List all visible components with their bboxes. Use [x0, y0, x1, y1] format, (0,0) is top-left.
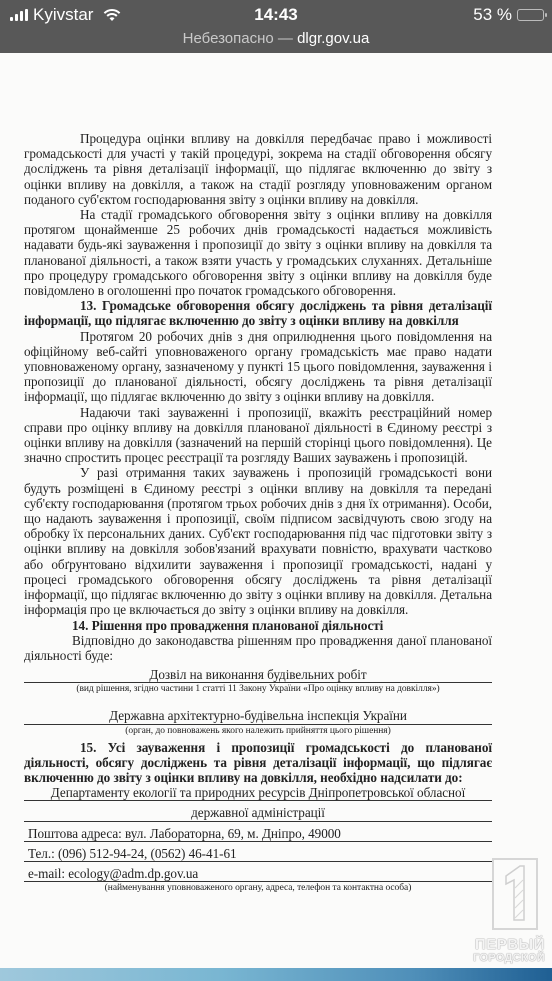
section-14-heading: 14. Рішення про провадження планованої д…	[24, 618, 492, 633]
battery-status: 53 %	[473, 5, 544, 25]
authority-name-line-2: державної адміністрації	[24, 805, 492, 821]
section-13-paragraph: Надаючи такі зауваженні і пропозиції, вк…	[24, 405, 492, 466]
watermark-logo: ПЕРВЫЙ ГОРОДСКОЙ	[477, 858, 547, 966]
section-15-heading: 15. Усі зауваження і пропозиції громадсь…	[24, 740, 492, 786]
address-bar[interactable]: Небезопасно — dlgr.gov.ua	[0, 30, 552, 47]
paragraph-public-discussion: На стадії громадського обговорення звіту…	[24, 207, 492, 298]
browser-top-bar: Kyivstar 14:43 53 % Небезопасно — dlgr.g…	[0, 0, 552, 53]
decision-authority-caption: (орган, до повноважень якого належить пр…	[24, 725, 492, 738]
battery-icon	[517, 9, 544, 21]
watermark-text-2: ГОРОДСКОЙ	[473, 952, 545, 964]
watermark-band	[0, 968, 552, 981]
authority-name-line-1: Департаменту екології та природних ресур…	[24, 785, 492, 801]
number-one-logo-icon	[492, 858, 538, 930]
battery-percent: 53 %	[473, 5, 512, 25]
url-domain: dlgr.gov.ua	[297, 30, 369, 47]
security-warning: Небезопасно —	[183, 30, 293, 47]
decision-type-field: Дозвіл на виконання будівельних робіт	[24, 667, 492, 683]
document-page: Процедура оцінки впливу на довкілля пере…	[24, 131, 492, 897]
decision-type-caption: (вид рішення, згідно частини 1 статті 11…	[24, 683, 492, 696]
paragraph-procedure: Процедура оцінки впливу на довкілля пере…	[24, 131, 492, 207]
phone-numbers: Тел.: (096) 512-94-24, (0562) 46-41-61	[24, 846, 492, 862]
contact-caption: (найменування уповноваженого органу, адр…	[24, 882, 492, 895]
section-13-paragraph: Протягом 20 робочих днів з дня оприлюдне…	[24, 329, 492, 405]
postal-address: Поштова адреса: вул. Лабораторна, 69, м.…	[24, 826, 492, 842]
watermark-text-1: ПЕРВЫЙ	[475, 936, 545, 953]
email-address: e-mail: ecology@adm.dp.gov.ua	[24, 866, 492, 882]
section-13-paragraph: У разі отримання таких зауважень і пропо…	[24, 465, 492, 617]
section-14-paragraph: Відповідно до законодавства рішенням про…	[24, 633, 492, 663]
decision-authority-field: Державна архітектурно-будівельна інспекц…	[24, 708, 492, 724]
clock: 14:43	[0, 5, 552, 25]
section-13-heading: 13. Громадське обговорення обсягу дослід…	[24, 298, 492, 328]
